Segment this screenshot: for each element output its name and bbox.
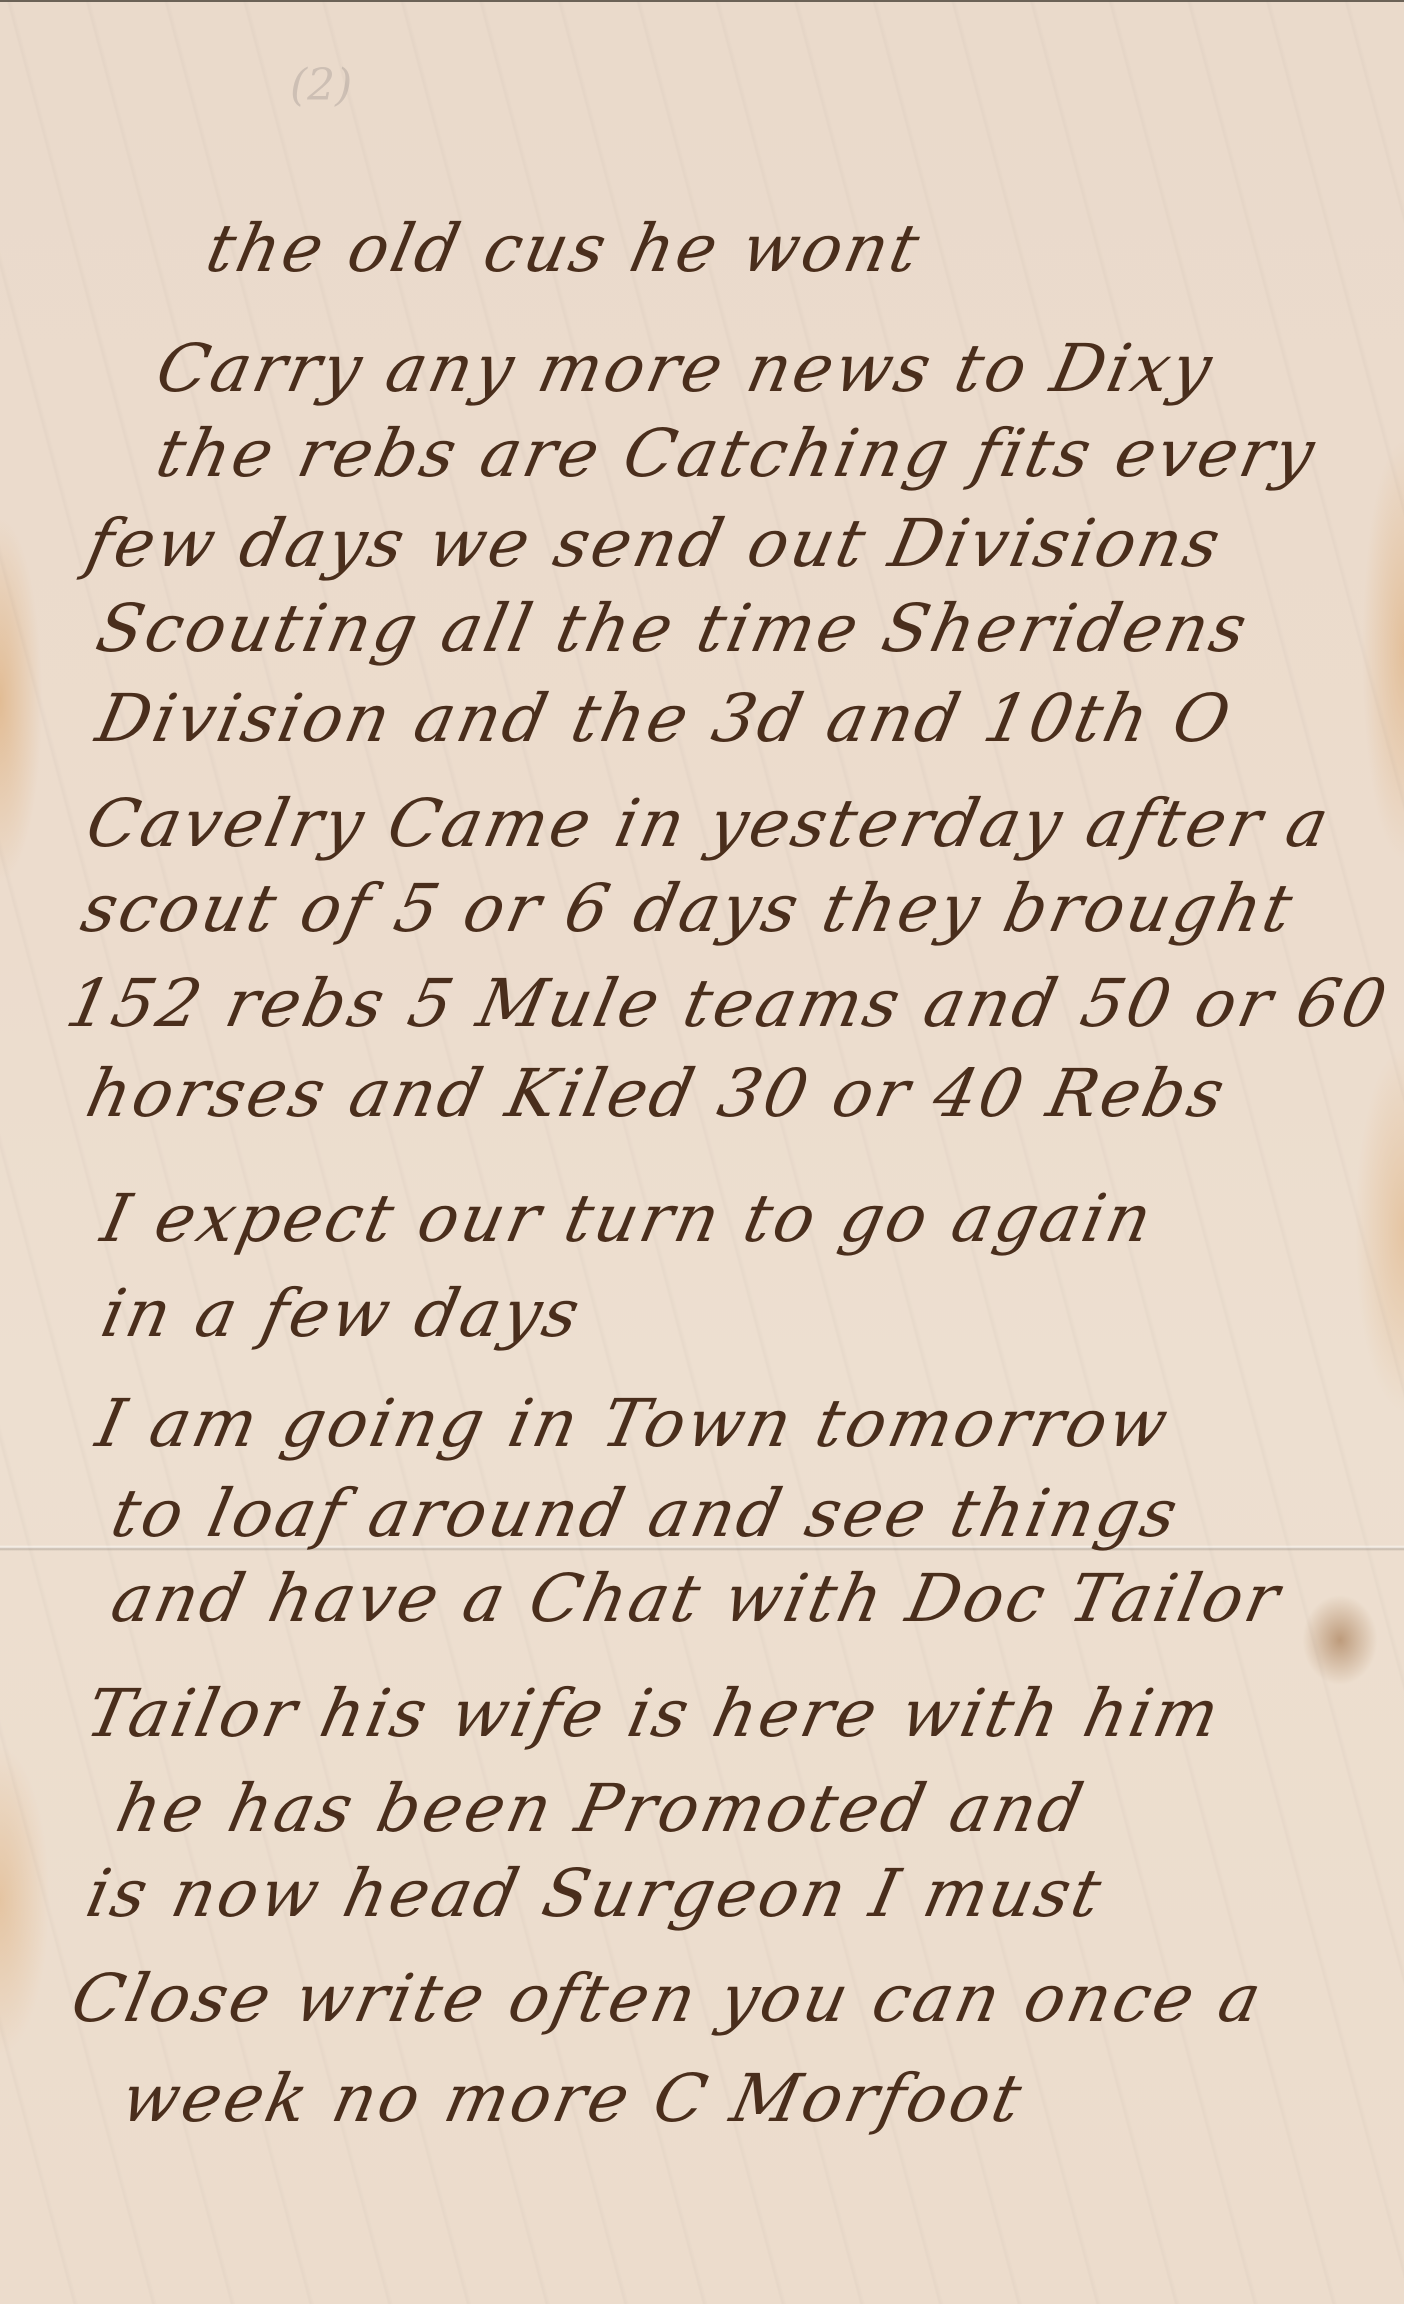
letter-line: I am going in Town tomorrow [90,1385,1177,1462]
letter-line: and have a Chat with Doc Tailor [105,1560,1289,1637]
letter-line: in a few days [95,1275,589,1352]
letter-page: (2) the old cus he wont Carry any more n… [0,0,1404,2304]
letter-line: the rebs are Catching fits every [150,415,1324,492]
letter-line: I expect our turn to go again [95,1180,1161,1257]
letter-line: Close write often you can once a [65,1960,1270,2037]
letter-line: Scouting all the time Sheridens [90,590,1256,667]
letter-line-signature: week no more C Morfoot [115,2060,1031,2137]
letter-line: Division and the 3d and 10th O [90,680,1240,757]
letter-line: few days we send out Divisions [80,505,1230,582]
letter-line: 152 rebs 5 Mule teams and 50 or 60 [60,965,1396,1042]
letter-line: Carry any more news to Dixy [150,330,1221,407]
letter-line: is now head Surgeon I must [80,1855,1111,1932]
pencil-page-mark: (2) [290,60,352,111]
letter-line: scout of 5 or 6 days they brought [75,870,1302,947]
letter-line: the old cus he wont [200,210,929,287]
letter-line: he has been Promoted and [110,1770,1092,1847]
letter-line: Cavelry Came in yesterday after a [80,785,1338,862]
letter-line: Tailor his wife is here with him [80,1675,1229,1752]
letter-line: to loaf around and see things [105,1475,1187,1552]
letter-line: horses and Kiled 30 or 40 Rebs [80,1055,1234,1132]
